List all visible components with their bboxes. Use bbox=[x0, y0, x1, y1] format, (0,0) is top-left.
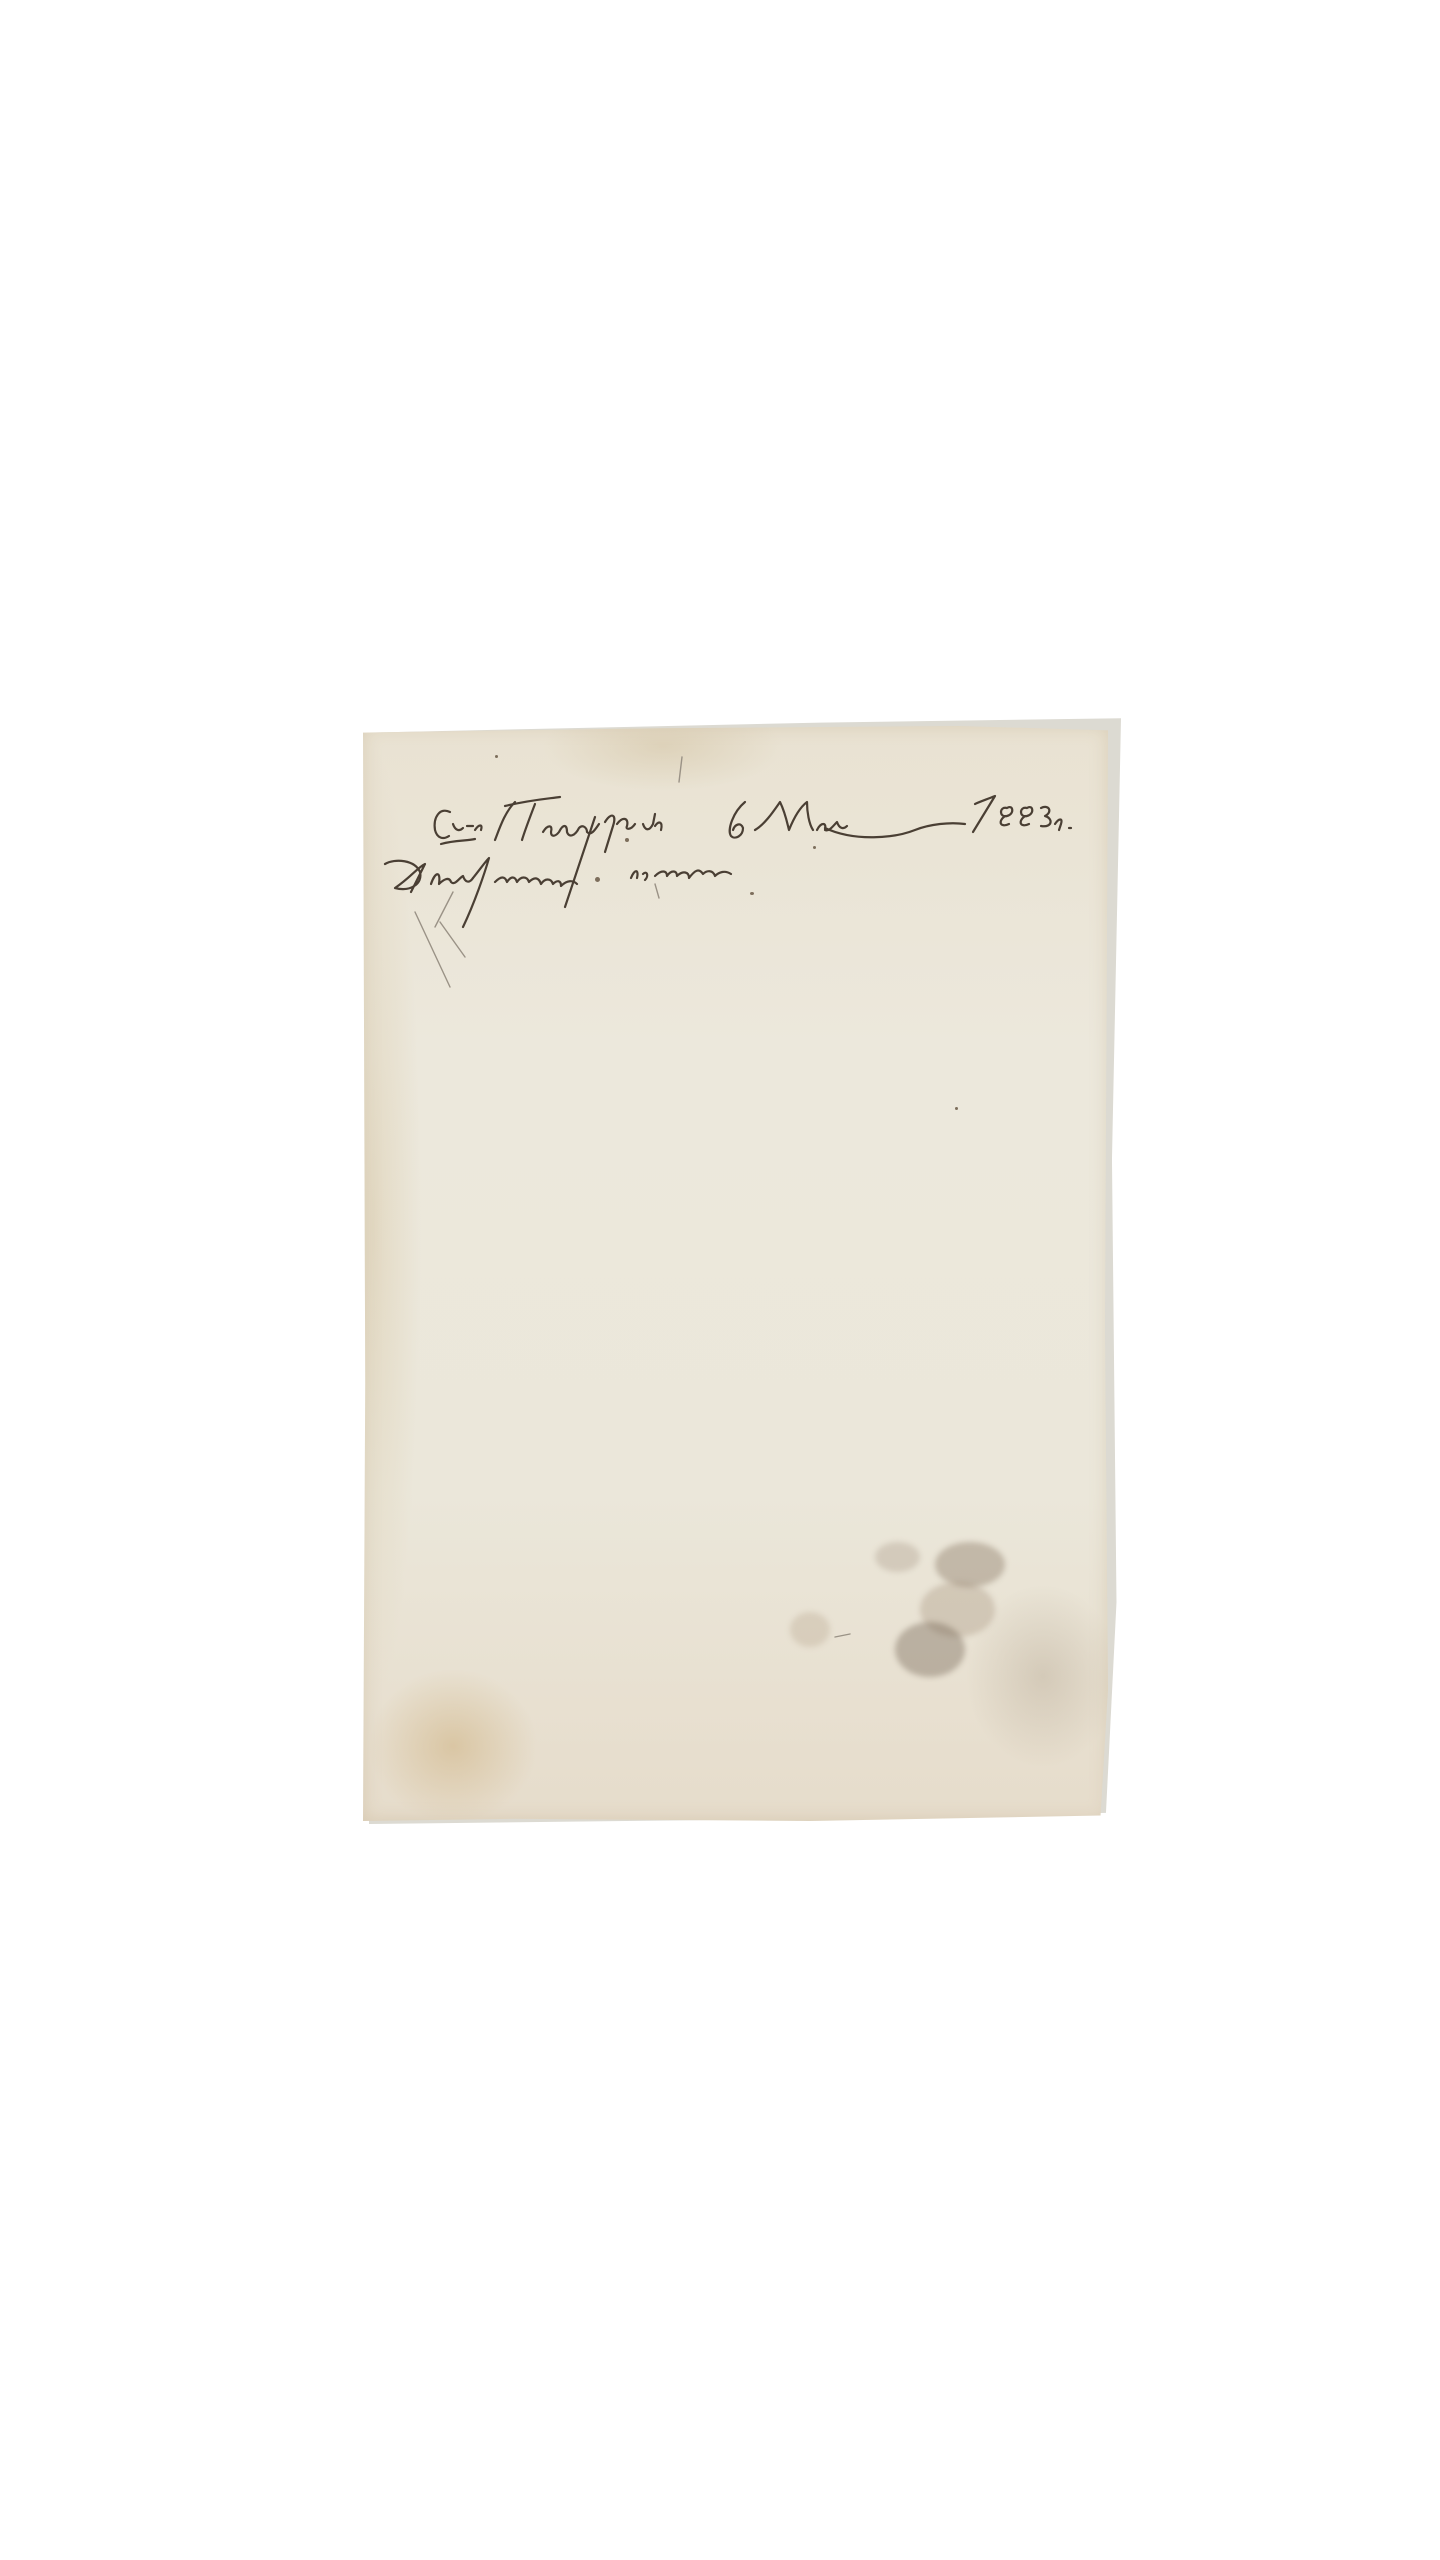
handwriting-line-1 bbox=[435, 796, 1071, 907]
pencil-mark bbox=[655, 884, 659, 898]
manuscript-sheet: С.-Петербург 6 Мая 1883 г. Дѣло ... въ п… bbox=[355, 712, 1125, 1837]
handwriting-line-2 bbox=[385, 858, 731, 927]
pencil-mark bbox=[835, 1634, 850, 1637]
pencil-mark bbox=[435, 892, 453, 927]
pencil-mark bbox=[679, 757, 682, 782]
pencil-mark bbox=[440, 922, 465, 957]
handwriting bbox=[355, 712, 1125, 1837]
pencil-mark bbox=[415, 912, 450, 987]
